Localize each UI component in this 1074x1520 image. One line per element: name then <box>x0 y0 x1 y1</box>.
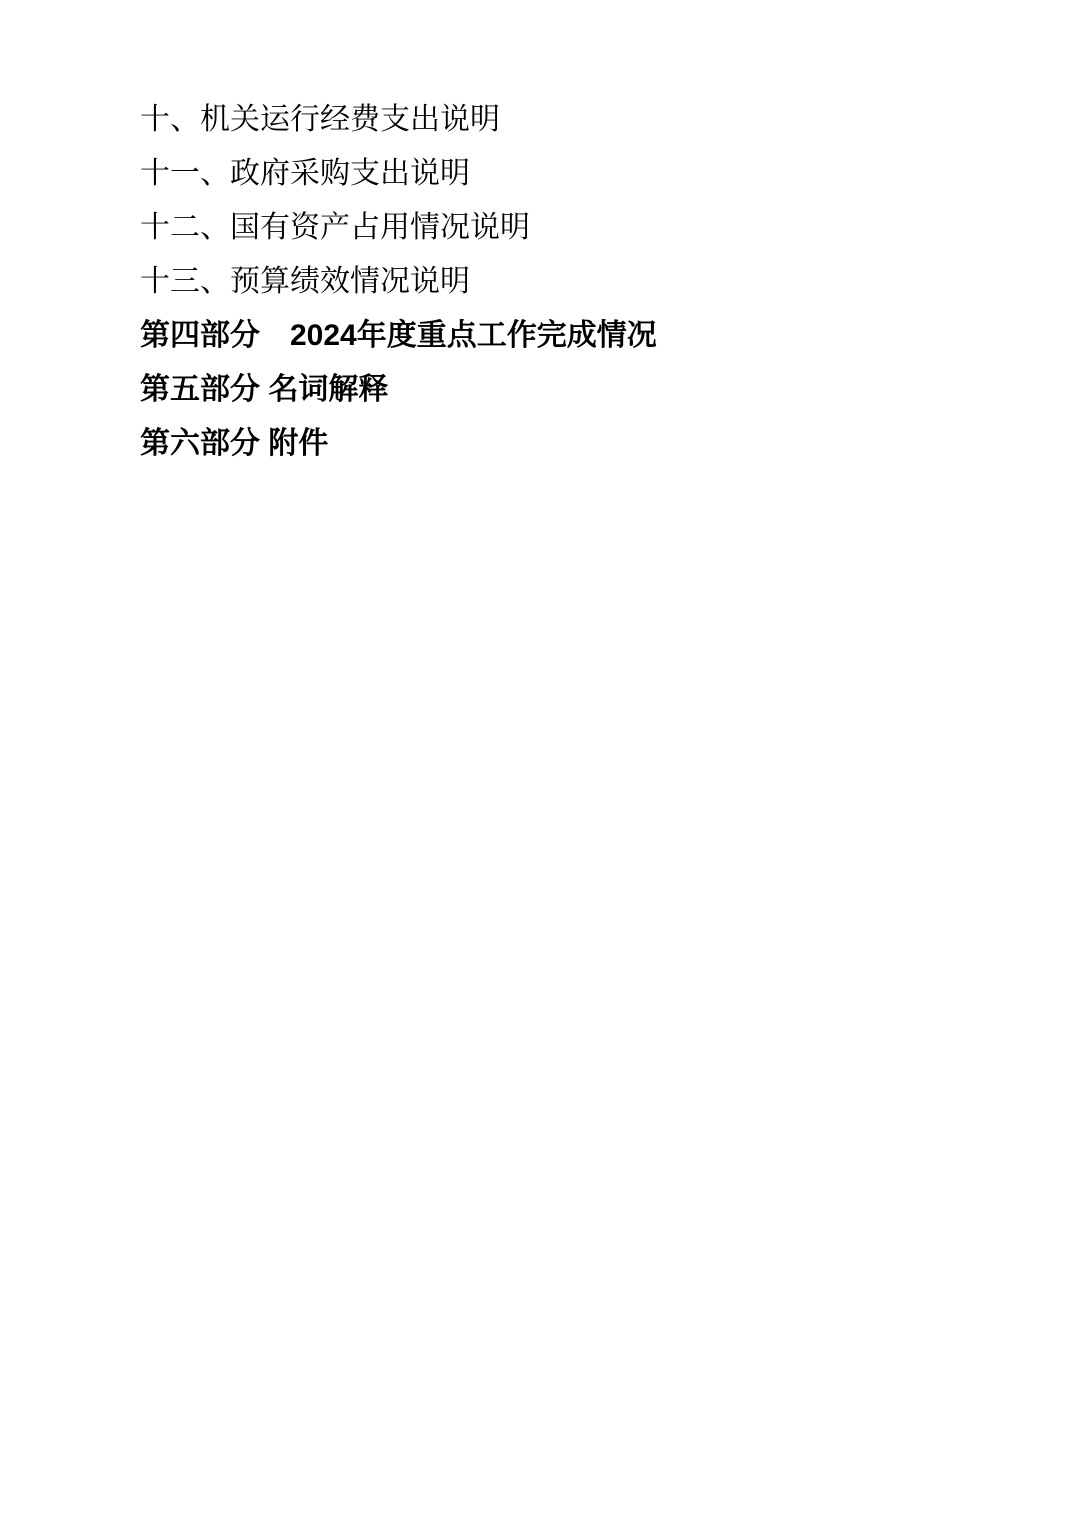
toc-item-11: 十一、政府采购支出说明 <box>140 143 1014 197</box>
table-of-contents: 十、机关运行经费支出说明 十一、政府采购支出说明 十二、国有资产占用情况说明 十… <box>140 89 1014 467</box>
toc-part-4-heading: 第四部分 2024年度重点工作完成情况 <box>140 305 1014 359</box>
toc-item-13: 十三、预算绩效情况说明 <box>140 251 1014 305</box>
toc-part-6-heading: 第六部分 附件 <box>140 413 1014 467</box>
document-page: 十、机关运行经费支出说明 十一、政府采购支出说明 十二、国有资产占用情况说明 十… <box>0 0 1074 1520</box>
toc-item-10: 十、机关运行经费支出说明 <box>140 89 1014 143</box>
toc-item-12: 十二、国有资产占用情况说明 <box>140 197 1014 251</box>
toc-part-5-heading: 第五部分 名词解释 <box>140 359 1014 413</box>
